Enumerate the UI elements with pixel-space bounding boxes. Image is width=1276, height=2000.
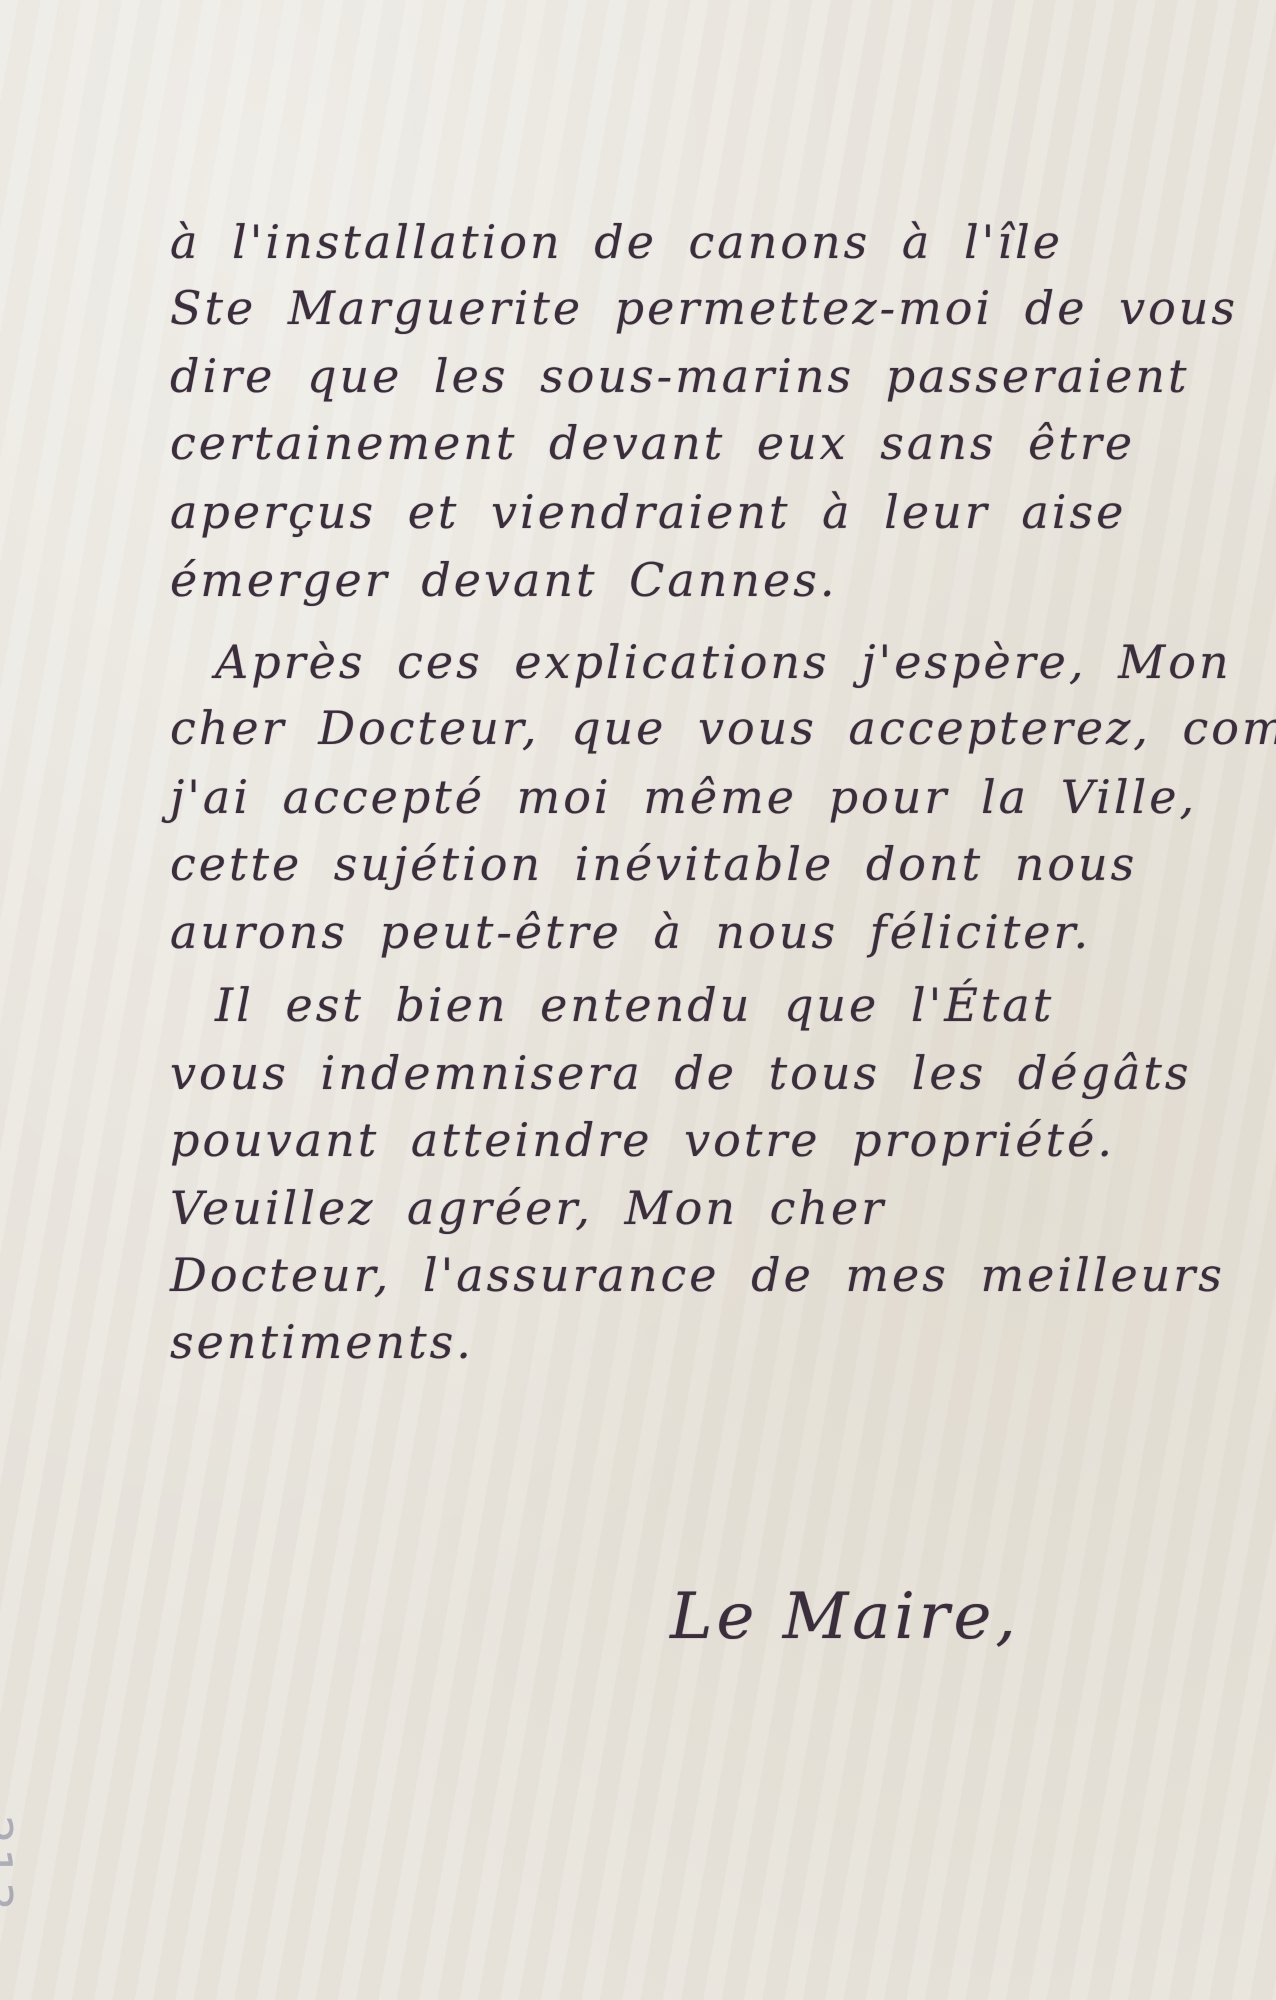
signature: Le Maire, <box>670 1580 1020 1654</box>
letter-line: Il est bien entendu que l'État <box>215 975 1275 1035</box>
letter-line: j'ai accepté moi même pour la Ville, <box>170 767 1230 827</box>
archive-stamp-number: 213 <box>0 1815 22 1915</box>
letter-line: cher Docteur, que vous accepterez, comme <box>170 698 1230 758</box>
letter-line: vous indemnisera de tous les dégâts <box>170 1043 1230 1103</box>
letter-line: Veuillez agréer, Mon cher <box>170 1178 1230 1238</box>
letter-line: à l'installation de canons à l'île <box>170 212 1230 272</box>
letter-page: à l'installation de canons à l'île Ste M… <box>0 0 1276 2000</box>
letter-line: pouvant atteindre votre propriété. <box>170 1110 1230 1170</box>
letter-line: aperçus et viendraient à leur aise <box>170 482 1230 542</box>
letter-line: aurons peut-être à nous féliciter. <box>170 902 1230 962</box>
letter-line: Docteur, l'assurance de mes meilleurs <box>170 1245 1230 1305</box>
letter-line: sentiments. <box>170 1312 1230 1372</box>
letter-line: émerger devant Cannes. <box>170 550 1230 610</box>
letter-line: dire que les sous-marins passeraient <box>170 346 1230 406</box>
letter-line: Après ces explications j'espère, Mon <box>215 632 1275 692</box>
letter-line: certainement devant eux sans être <box>170 413 1230 473</box>
letter-line: cette sujétion inévitable dont nous <box>170 834 1230 894</box>
letter-line: Ste Marguerite permettez-moi de vous <box>170 278 1230 338</box>
